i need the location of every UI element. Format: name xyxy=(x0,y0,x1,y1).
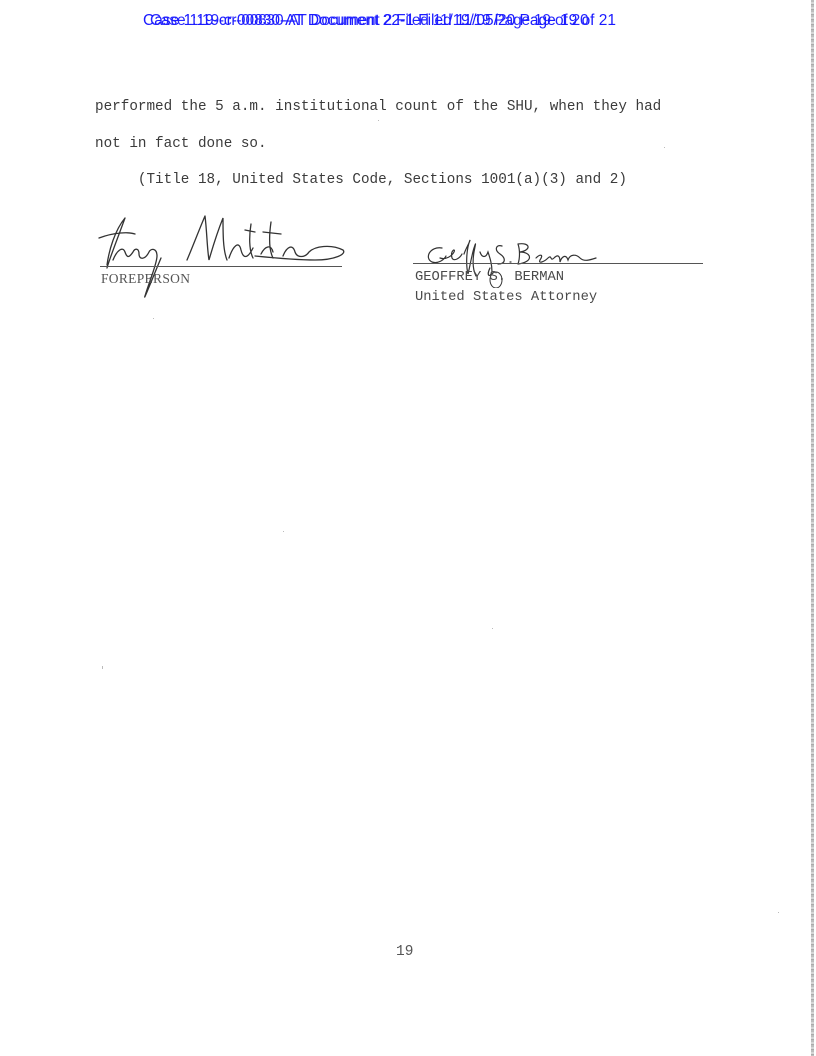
signature-line xyxy=(413,263,703,264)
body-line: not in fact done so. xyxy=(95,136,267,152)
scan-speck xyxy=(102,666,103,669)
us-attorney-title: United States Attorney xyxy=(415,290,597,305)
body-line: performed the 5 a.m. institutional count… xyxy=(95,99,661,115)
ecf-header-stamp-overlay: Case 1:19-cr-00830-AT Document 2 Filed 1… xyxy=(150,12,588,30)
scan-speck xyxy=(492,628,493,629)
scan-speck xyxy=(378,120,379,121)
scan-speck xyxy=(283,531,284,532)
scan-edge xyxy=(811,0,814,1056)
us-attorney-name: GEOFFREY S. BERMAN xyxy=(415,270,564,285)
scan-speck xyxy=(664,147,665,148)
handwritten-signature-icon xyxy=(95,210,355,310)
signature-line xyxy=(100,266,342,267)
page-number: 19 xyxy=(396,944,413,960)
scan-speck xyxy=(153,318,154,319)
foreperson-label: FOREPERSON xyxy=(101,271,190,287)
citation-line: (Title 18, United States Code, Sections … xyxy=(95,172,627,188)
scan-speck xyxy=(778,912,779,913)
